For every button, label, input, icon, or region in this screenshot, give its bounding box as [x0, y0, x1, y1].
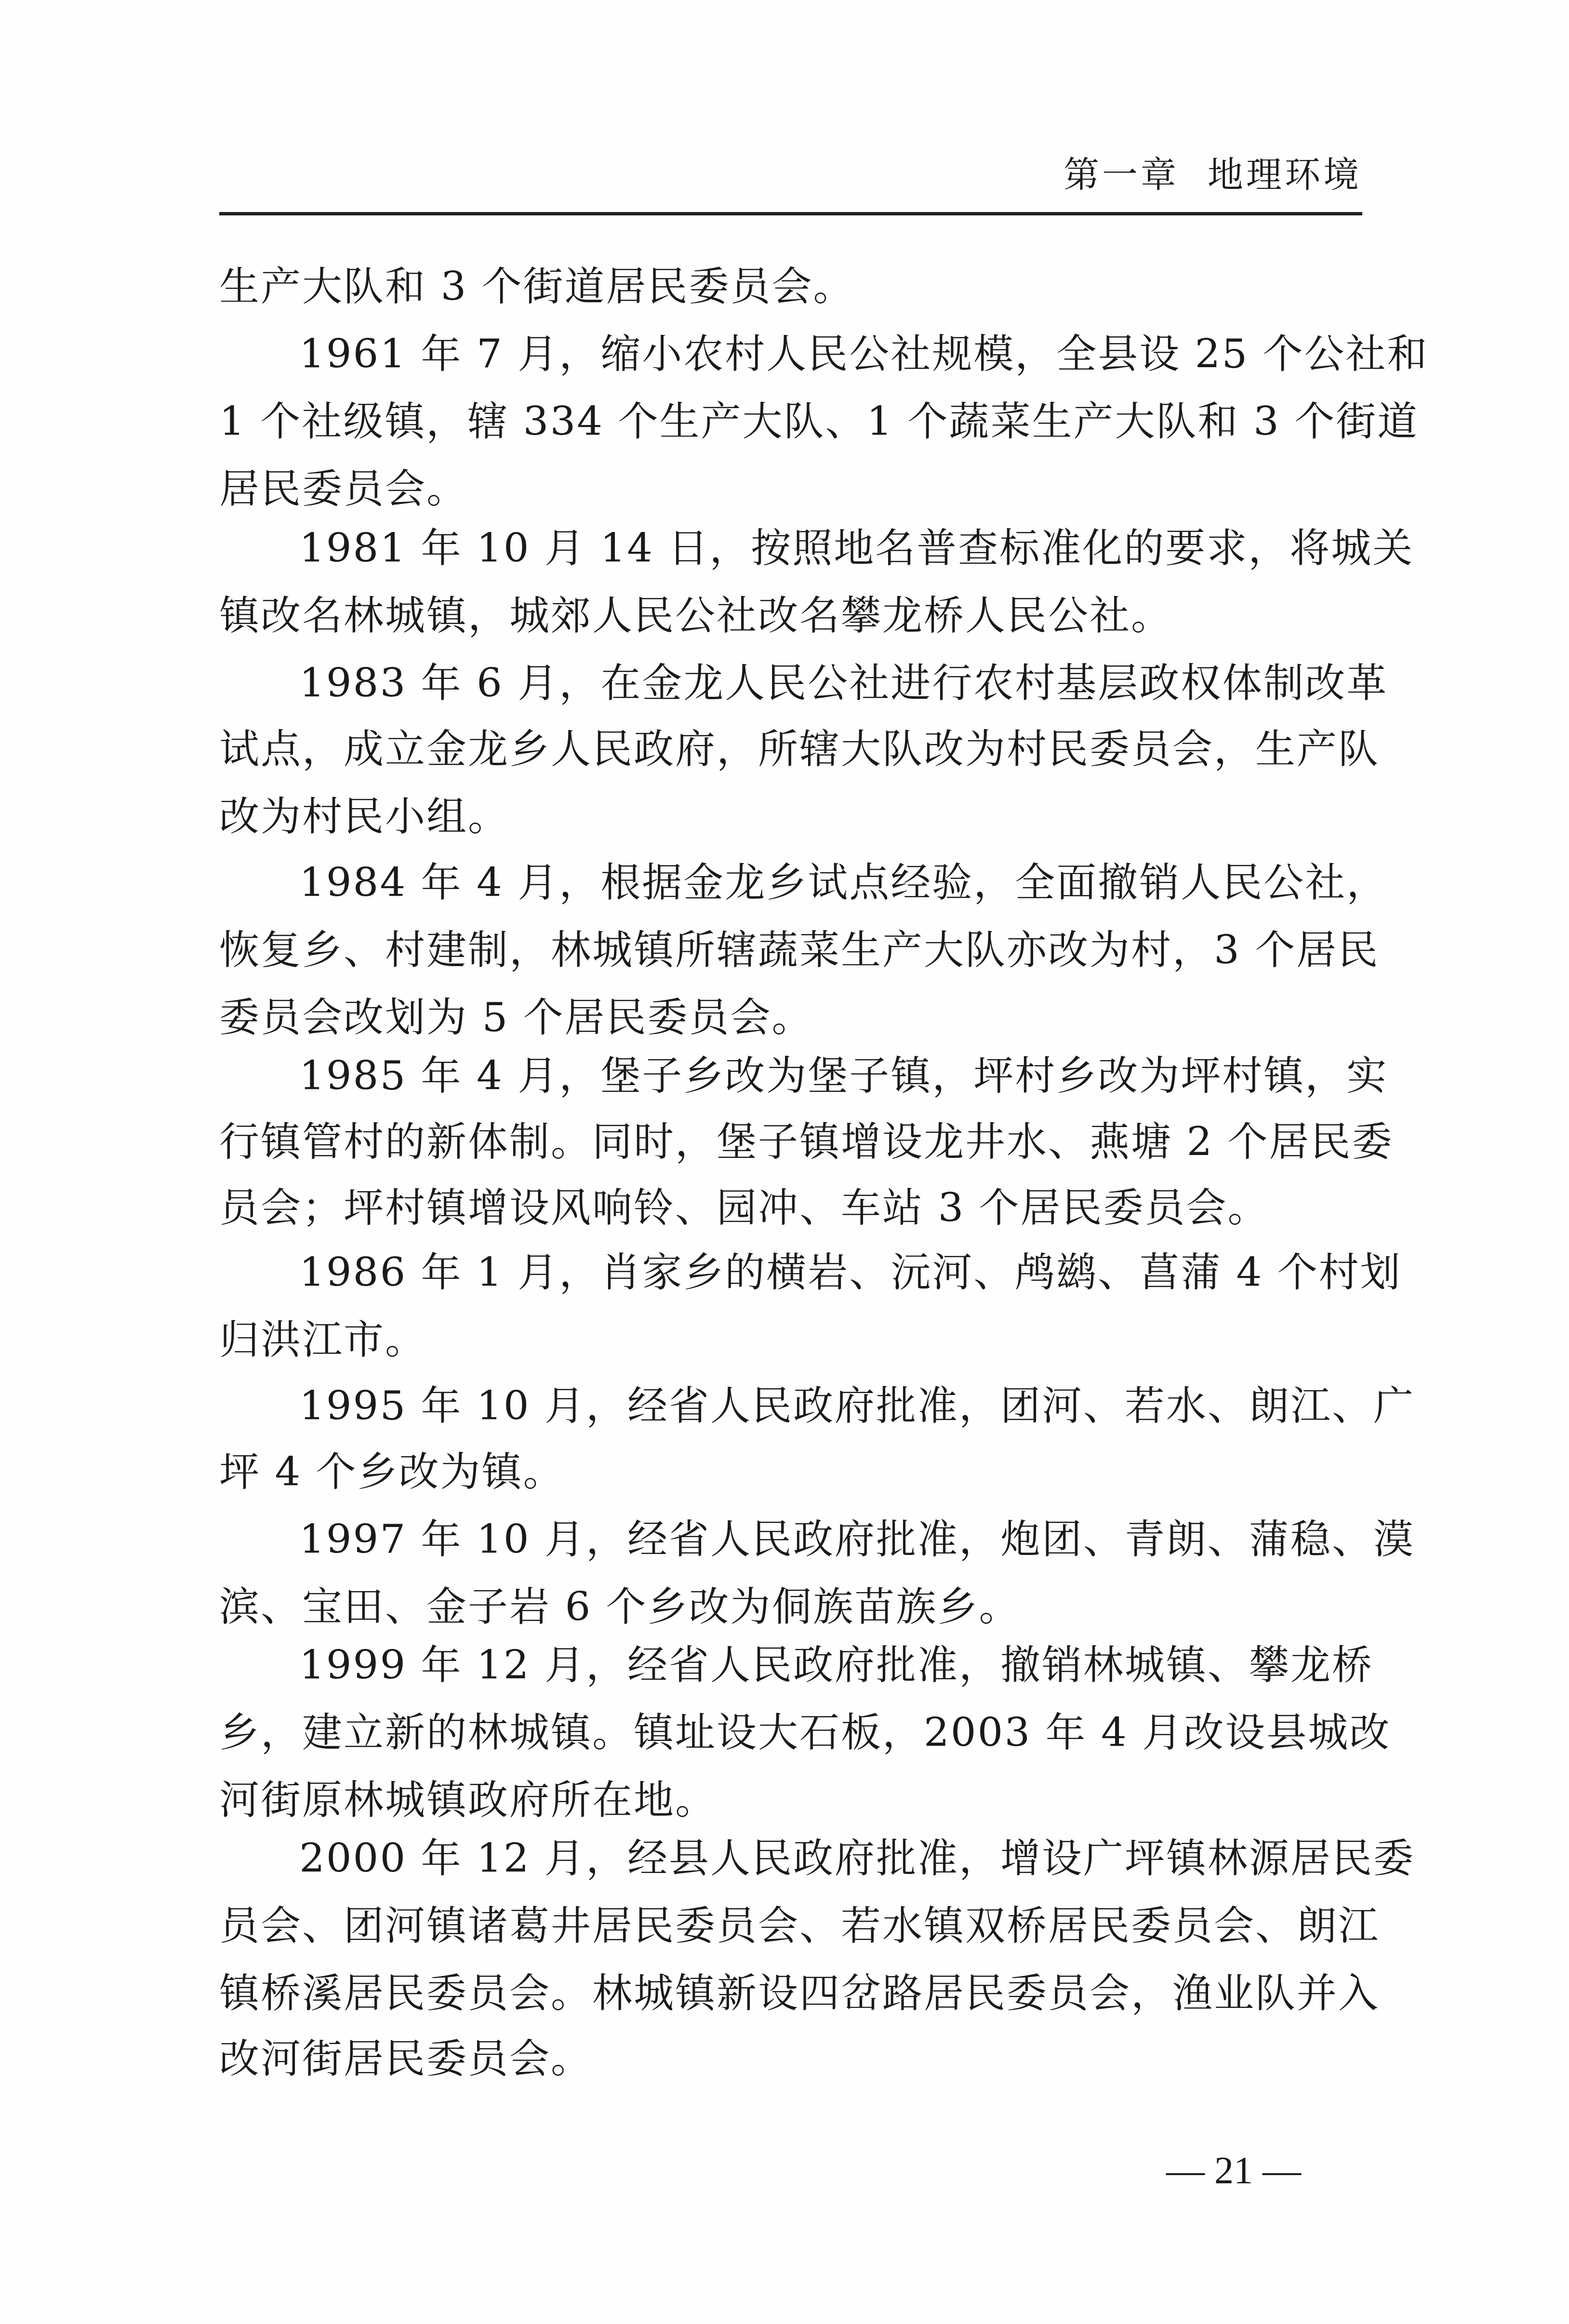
- page-number: — 21 —: [1166, 2147, 1301, 2195]
- header-rule: [219, 212, 1362, 215]
- text-line: 行镇管村的新体制。同时，堡子镇增设龙井水、燕塘 2 个居民委: [219, 1118, 1362, 1166]
- text-line: 1985 年 4 月，堡子乡改为堡子镇，坪村乡改为坪村镇，实: [299, 1052, 1362, 1100]
- text-line: 乡，建立新的林城镇。镇址设大石板，2003 年 4 月改设县城改: [219, 1709, 1362, 1757]
- text-line: 滨、宝田、金子岩 6 个乡改为侗族苗族乡。: [219, 1583, 1021, 1631]
- text-line: 生产大队和 3 个街道居民委员会。: [219, 263, 855, 311]
- text-line: 1995 年 10 月，经省人民政府批准，团河、若水、朗江、广: [299, 1382, 1362, 1430]
- text-line: 河街原林城镇政府所在地。: [219, 1776, 717, 1824]
- text-line: 1997 年 10 月，经省人民政府批准，炮团、青朗、蒲稳、漠: [299, 1515, 1362, 1564]
- text-line: 坪 4 个乡改为镇。: [219, 1448, 565, 1496]
- book-page: 第一章 地理环境 生产大队和 3 个街道居民委员会。 1961 年 7 月，缩小…: [0, 0, 1569, 2324]
- text-line: 1999 年 12 月，经省人民政府批准，撤销林城镇、攀龙桥: [299, 1641, 1362, 1689]
- text-line: 居民委员会。: [219, 465, 468, 513]
- text-line: 1983 年 6 月，在金龙人民公社进行农村基层政权体制改革: [299, 659, 1362, 707]
- running-header: 第一章 地理环境: [1064, 153, 1362, 197]
- text-line: 1961 年 7 月，缩小农村人民公社规模，全县设 25 个公社和: [299, 330, 1362, 378]
- text-line: 恢复乡、村建制，林城镇所辖蔬菜生产大队亦改为村，3 个居民: [219, 926, 1362, 974]
- text-line: 委员会改划为 5 个居民委员会。: [219, 994, 813, 1042]
- text-line: 改河街居民委员会。: [219, 2035, 592, 2083]
- text-line: 员会、团河镇诸葛井居民委员会、若水镇双桥居民委员会、朗江: [219, 1902, 1362, 1950]
- text-line: 员会；坪村镇增设风响铃、园冲、车站 3 个居民委员会。: [219, 1184, 1269, 1232]
- text-line: 1986 年 1 月，肖家乡的横岩、沅河、鸬鹚、菖蒲 4 个村划: [299, 1248, 1362, 1297]
- text-line: 镇桥溪居民委员会。林城镇新设四岔路居民委员会，渔业队并入: [219, 1969, 1362, 2018]
- text-line: 2000 年 12 月，经县人民政府批准，增设广坪镇林源居民委: [299, 1834, 1362, 1883]
- text-line: 1984 年 4 月，根据金龙乡试点经验，全面撤销人民公社，: [299, 859, 1362, 907]
- text-line: 归洪江市。: [219, 1316, 426, 1364]
- text-line: 镇改名林城镇，城郊人民公社改名攀龙桥人民公社。: [219, 592, 1172, 640]
- text-line: 改为村民小组。: [219, 793, 509, 841]
- text-line: 试点，成立金龙乡人民政府，所辖大队改为村民委员会，生产队: [219, 725, 1362, 773]
- text-line: 1 个社级镇，辖 334 个生产大队、1 个蔬菜生产大队和 3 个街道: [219, 398, 1362, 446]
- text-line: 1981 年 10 月 14 日，按照地名普查标准化的要求，将城关: [299, 524, 1362, 572]
